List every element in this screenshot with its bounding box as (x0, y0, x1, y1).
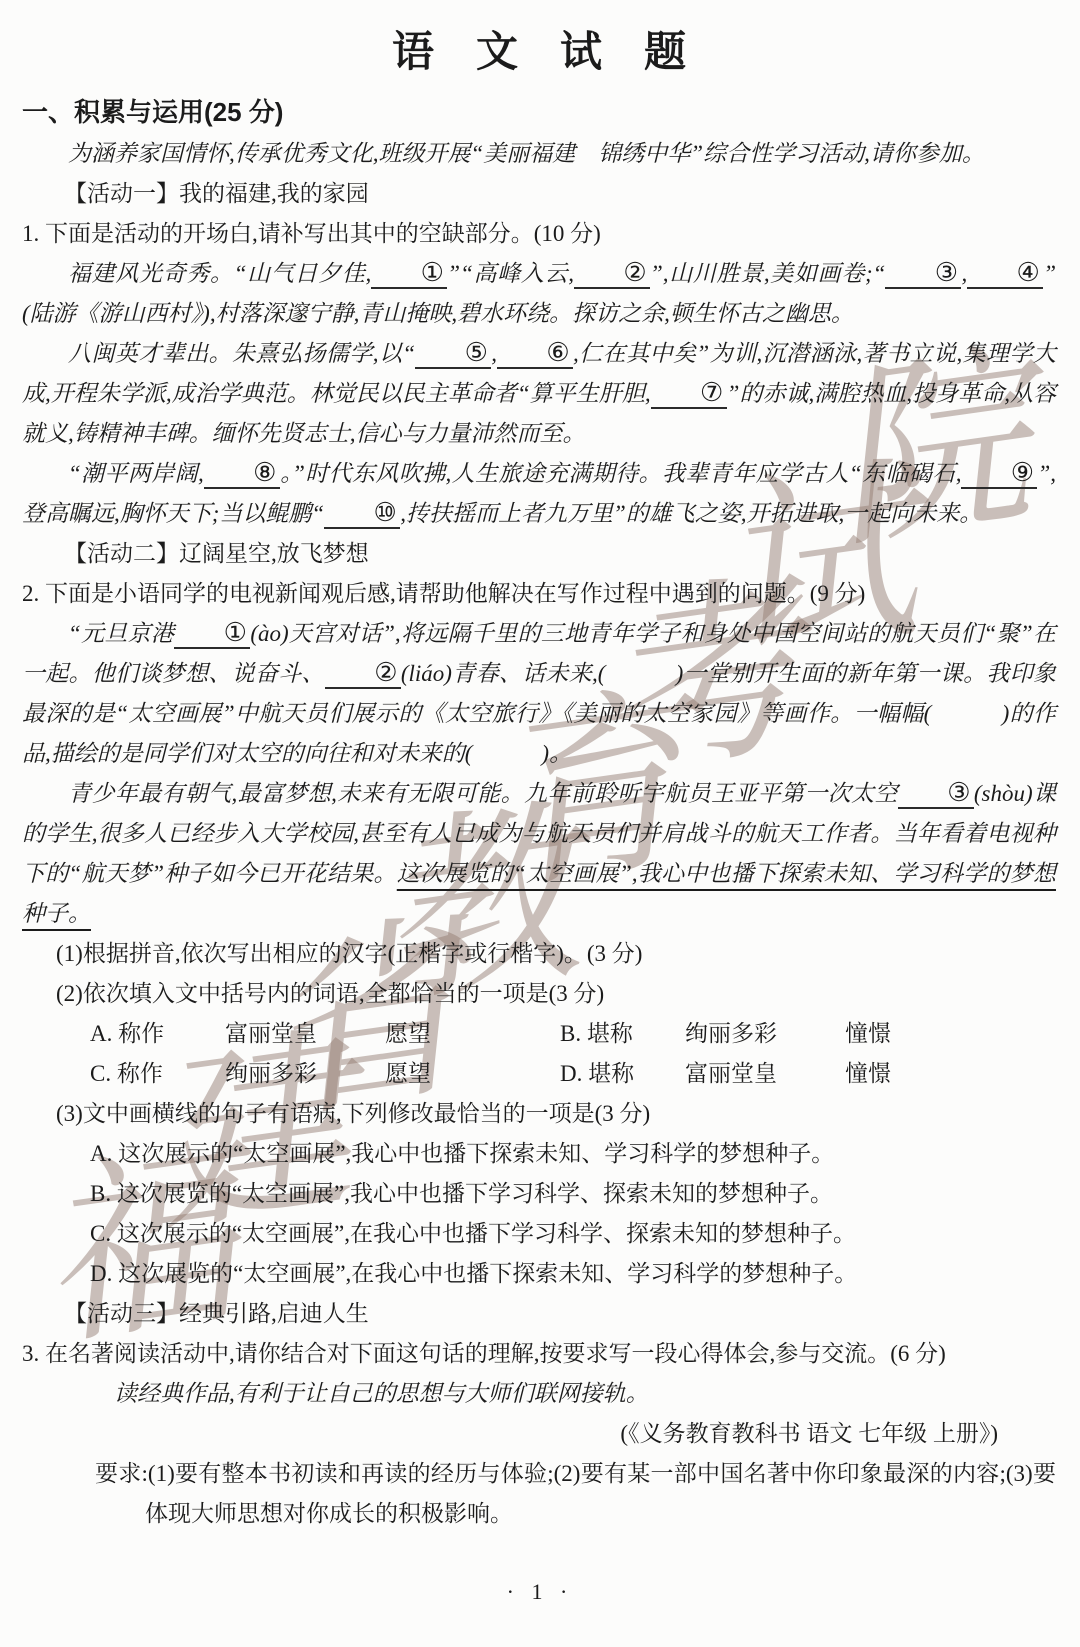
circled-number: ① (224, 618, 247, 647)
fill-in-blank-underline: ⑦ (651, 380, 727, 409)
question-3-quote: 读经典作品,有利于让自己的思想与大师们联网接轨。 (22, 1374, 1056, 1414)
question-2-sub-3: (3)文中画横线的句子有语病,下列修改最恰当的一项是(3 分) (22, 1094, 1056, 1134)
option-c-word-3: 愿望 (385, 1054, 560, 1094)
fill-in-blank-underline: ⑩ (324, 500, 400, 529)
fill-in-blank-underline: ② (325, 660, 401, 689)
fill-in-blank-underline: ① (371, 260, 447, 289)
circled-number: ④ (1017, 258, 1040, 287)
option-b-label: B. 堪称 (560, 1014, 685, 1054)
circled-number: ⑥ (546, 338, 569, 367)
question-2-sub-2: (2)依次填入文中括号内的词语,全都恰当的一项是(3 分) (22, 974, 1056, 1014)
fill-in-blank-underline: ① (174, 620, 250, 649)
fill-in-blank-underline: ⑨ (961, 460, 1037, 489)
option-a-word-2: 富丽堂皇 (225, 1014, 385, 1054)
activity-1-label: 【活动一】我的福建,我的家园 (22, 174, 1056, 214)
fill-in-blank-underline: ② (574, 260, 650, 289)
circled-number: ⑦ (700, 378, 723, 407)
question-3-stem: 3. 在名著阅读活动中,请你结合对下面这句话的理解,按要求写一段心得体会,参与交… (22, 1334, 1056, 1374)
circled-number: ⑧ (253, 458, 276, 487)
q1-passage-paragraph-2: 八闽英才辈出。朱熹弘扬儒学,以“⑤,⑥,仁在其中矣”为训,沉潜涵泳,著书立说,集… (22, 334, 1056, 454)
activity-3-label: 【活动三】经典引路,启迪人生 (22, 1294, 1056, 1334)
question-3-quote-source: (《义务教育教科书 语文 七年级 上册》) (22, 1414, 1056, 1454)
option-d-word-2: 富丽堂皇 (685, 1054, 845, 1094)
section-1-heading: 一、积累与运用(25 分) (22, 90, 1056, 134)
circled-number: ③ (935, 258, 958, 287)
option-b-word-3: 憧憬 (845, 1014, 1056, 1054)
circled-number: ① (421, 258, 444, 287)
circled-number: ③ (947, 778, 970, 807)
exam-content: 语 文 试 题 一、积累与运用(25 分) 为涵养家国情怀,传承优秀文化,班级开… (0, 28, 1080, 1534)
fill-in-blank-underline: ③ (898, 780, 974, 809)
underlined-sentence: 这次展览的“太空画展”,我心中也播下探索未知、学习科学的梦想种子。 (22, 861, 1056, 926)
option-d-label: D. 堪称 (560, 1054, 685, 1094)
fill-in-blank-underline: ⑤ (415, 340, 491, 369)
option-c-word-2: 绚丽多彩 (225, 1054, 385, 1094)
circled-number: ⑤ (465, 338, 488, 367)
circled-number: ② (374, 658, 397, 687)
page-number: · 1 · (0, 1579, 1080, 1605)
circled-number: ② (623, 258, 646, 287)
q2-passage-paragraph-1: “元旦京港①(ào)天宫对话”,将远隔千里的三地青年学子和身处中国空间站的航天员… (22, 614, 1056, 774)
question-2-stem: 2. 下面是小语同学的电视新闻观后感,请帮助他解决在写作过程中遇到的问题。(9 … (22, 574, 1056, 614)
circled-number: ⑨ (1011, 458, 1034, 487)
q1-passage-paragraph-1: 福建风光奇秀。“山气日夕佳,①”“高峰入云,②”,山川胜景,美如画卷;“③,④”… (22, 254, 1056, 334)
revision-option-a: A. 这次展示的“太空画展”,我心中也播下探索未知、学习科学的梦想种子。 (22, 1134, 1056, 1174)
question-3-requirements: 要求:(1)要有整本书初读和再读的经历与体验;(2)要有某一部中国名著中你印象最… (22, 1454, 1056, 1534)
revision-option-d: D. 这次展览的“太空画展”,在我心中也播下探索未知、学习科学的梦想种子。 (22, 1254, 1056, 1294)
option-a-word-3: 愿望 (385, 1014, 560, 1054)
option-b-word-2: 绚丽多彩 (685, 1014, 845, 1054)
q2-passage-paragraph-2: 青少年最有朝气,最富梦想,未来有无限可能。九年前聆听宇航员王亚平第一次太空③(s… (22, 774, 1056, 934)
question-2-sub-1: (1)根据拼音,依次写出相应的汉字(正楷字或行楷字)。(3 分) (22, 934, 1056, 974)
intro-paragraph: 为涵养家国情怀,传承优秀文化,班级开展“美丽福建 锦绣中华”综合性学习活动,请你… (22, 134, 1056, 174)
circled-number: ⑩ (374, 498, 397, 527)
option-a-label: A. 称作 (90, 1014, 225, 1054)
fill-in-blank-underline: ③ (885, 260, 961, 289)
q1-passage-paragraph-3: “潮平两岸阔,⑧。”时代东风吹拂,人生旅途充满期待。我辈青年应学古人“东临碣石,… (22, 454, 1056, 534)
fill-in-blank-underline: ④ (967, 260, 1043, 289)
fill-in-blank-underline: ⑥ (497, 340, 573, 369)
revision-option-c: C. 这次展示的“太空画展”,在我心中也播下学习科学、探索未知的梦想种子。 (22, 1214, 1056, 1254)
activity-2-label: 【活动二】辽阔星空,放飞梦想 (22, 534, 1056, 574)
exam-page: 福建省教育考试院 语 文 试 题 一、积累与运用(25 分) 为涵养家国情怀,传… (0, 0, 1080, 1647)
page-title: 语 文 试 题 (22, 28, 1056, 78)
option-c-label: C. 称作 (90, 1054, 225, 1094)
fill-in-blank-underline: ⑧ (204, 460, 280, 489)
question-2-word-options: A. 称作 富丽堂皇 愿望 B. 堪称 绚丽多彩 憧憬 C. 称作 绚丽多彩 愿… (22, 1014, 1056, 1094)
question-1-stem: 1. 下面是活动的开场白,请补写出其中的空缺部分。(10 分) (22, 214, 1056, 254)
option-d-word-3: 憧憬 (845, 1054, 1056, 1094)
revision-option-b: B. 这次展览的“太空画展”,我心中也播下学习科学、探索未知的梦想种子。 (22, 1174, 1056, 1214)
